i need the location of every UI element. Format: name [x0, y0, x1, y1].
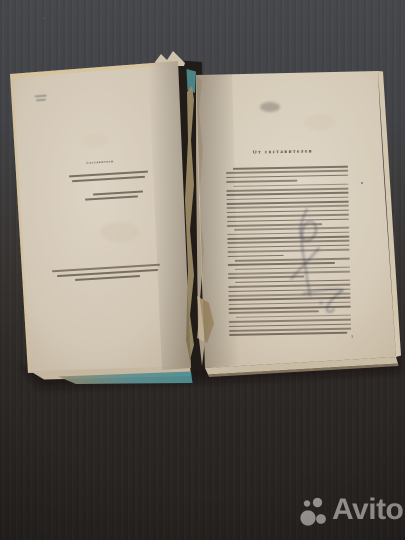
text-line: [227, 214, 349, 218]
text-line: [236, 314, 351, 318]
text-line: [227, 218, 349, 222]
text-line: [229, 319, 351, 323]
text-line: [235, 266, 350, 270]
avito-watermark: Avito: [296, 491, 403, 528]
text-line: [235, 279, 350, 283]
text-line: [234, 227, 349, 231]
text-line: [228, 254, 284, 257]
text-line: [235, 258, 350, 262]
text-line: [226, 180, 297, 183]
body-text-block: [226, 166, 351, 339]
text-line: [228, 293, 350, 297]
library-stamp: [35, 95, 48, 105]
text-line: [228, 284, 350, 288]
text-line: [228, 288, 350, 292]
text-line: [228, 249, 350, 253]
text-line: [233, 183, 348, 187]
text-line: [229, 306, 351, 310]
text-line: [226, 174, 348, 178]
text-line: [227, 196, 349, 200]
text-line: [227, 240, 349, 244]
text-line: [229, 323, 351, 327]
text-line: [227, 192, 349, 196]
text-line: [229, 311, 319, 314]
text-line: [228, 271, 350, 275]
avito-logo-icon: [296, 491, 330, 528]
text-line: [228, 244, 350, 248]
text-line: [227, 201, 349, 205]
text-line: [229, 332, 347, 336]
text-line: [229, 328, 351, 332]
photo-scene: Составители От составителей 3 Avito: [0, 0, 405, 540]
right-page-heading: От составителей: [253, 149, 313, 155]
text-line: [227, 223, 322, 227]
text-line: [228, 276, 304, 279]
page-number: 3: [351, 334, 353, 339]
text-line: [227, 205, 349, 209]
text-line: [227, 209, 349, 213]
text-line: [226, 188, 348, 192]
text-line: [228, 262, 335, 266]
avito-wordmark: Avito: [332, 495, 403, 525]
text-line: [229, 301, 351, 305]
text-line: [227, 231, 349, 235]
text-line: [227, 236, 349, 240]
text-line: [226, 170, 348, 174]
text-line: [229, 297, 351, 301]
